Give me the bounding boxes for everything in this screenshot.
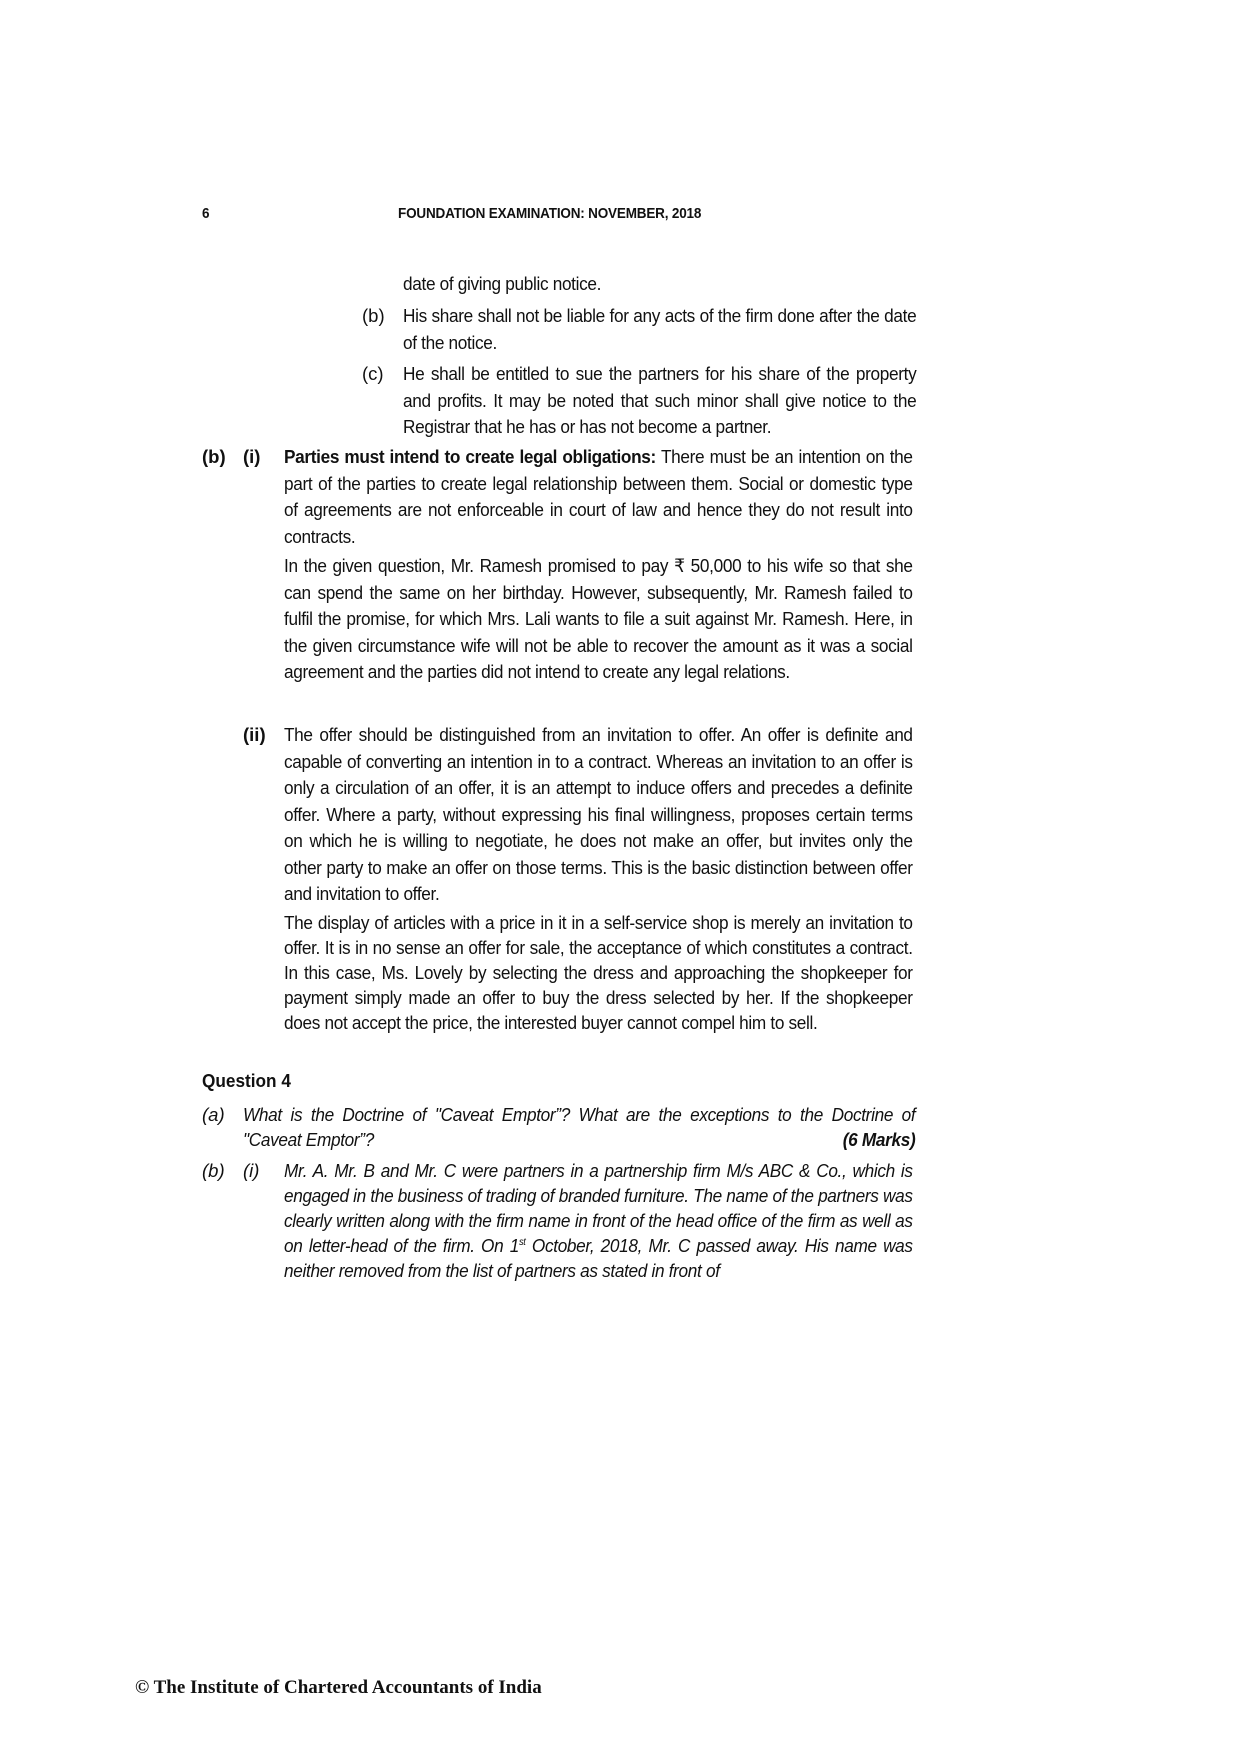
minor-point-text-b: His share shall not be liable for any ac… bbox=[403, 303, 916, 356]
answer-b-ii-para2: The display of articles with a price in … bbox=[284, 910, 913, 1035]
answer-b-i-heading: Parties must intend to create legal obli… bbox=[284, 446, 656, 467]
answer-b-label: (b) bbox=[202, 444, 226, 471]
answer-b-ii-text: The offer should be distinguished from a… bbox=[284, 722, 913, 908]
question-4a-marks: (6 Marks) bbox=[843, 1127, 916, 1152]
answer-b-ii-label: (ii) bbox=[243, 722, 266, 749]
question-4a-question: What is the Doctrine of "Caveat Emptor”?… bbox=[243, 1104, 915, 1150]
question-4a-label: (a) bbox=[202, 1102, 225, 1129]
minor-point-label-c: (c) bbox=[362, 361, 384, 388]
minor-point-text-c: He shall be entitled to sue the partners… bbox=[403, 361, 916, 441]
answer-b-i-para2: In the given question, Mr. Ramesh promis… bbox=[284, 553, 913, 686]
answer-b-i-paragraph: Parties must intend to create legal obli… bbox=[284, 444, 913, 550]
answer-b-i-label: (i) bbox=[243, 444, 260, 471]
question-4b-label: (b) bbox=[202, 1158, 225, 1185]
page-number: 6 bbox=[202, 205, 209, 222]
question-4b-i-text: Mr. A. Mr. B and Mr. C were partners in … bbox=[284, 1158, 913, 1283]
page-header-title: FOUNDATION EXAMINATION: NOVEMBER, 2018 bbox=[398, 205, 701, 222]
question-4a-text: What is the Doctrine of "Caveat Emptor”?… bbox=[243, 1102, 915, 1152]
question-4-heading: Question 4 bbox=[202, 1068, 291, 1095]
footer-copyright: © The Institute of Chartered Accountants… bbox=[135, 1677, 542, 1699]
minor-point-label-b: (b) bbox=[362, 303, 385, 330]
continuation-text: date of giving public notice. bbox=[403, 271, 915, 298]
question-4b-i-label: (i) bbox=[243, 1158, 259, 1185]
